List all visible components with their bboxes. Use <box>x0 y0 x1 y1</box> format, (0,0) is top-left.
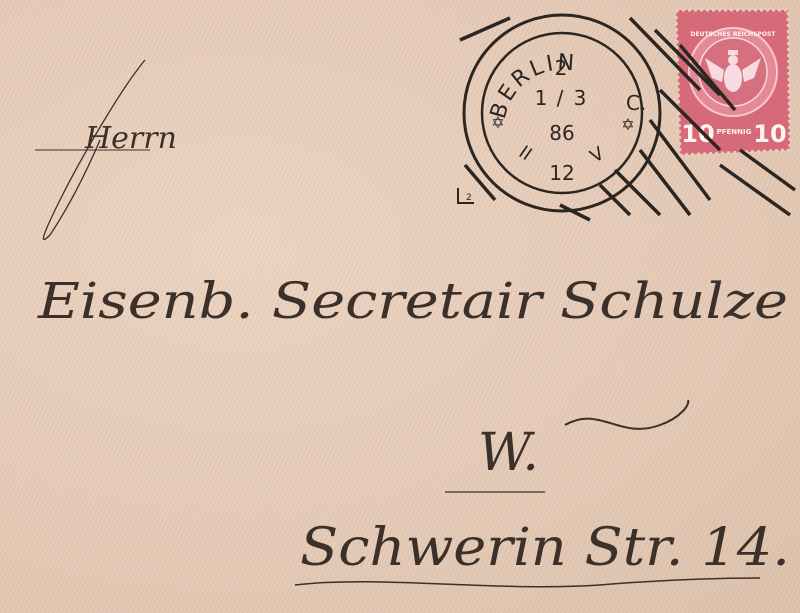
postmark-time-left: II <box>515 142 536 165</box>
postmark-star-left-icon: ✡ <box>491 113 504 132</box>
postmark-office-number: 2 <box>555 56 568 80</box>
stamp-currency: PFENNIG <box>717 128 752 136</box>
handwritten-address: Herrn Eisenb. Secretair Schulze W. Schwe… <box>35 60 790 587</box>
postmark-date-separator: / <box>557 86 564 110</box>
envelope: DEUTSCHES REICHSPOST 10 10 PFENNIG <box>0 0 800 613</box>
cancel-box-mark: 2 <box>466 193 472 203</box>
recipient-line: Eisenb. Secretair Schulze <box>37 272 788 330</box>
postmark-district: C. <box>626 91 646 115</box>
street-underline <box>295 578 760 587</box>
postmark-month: 3 <box>574 86 587 110</box>
district-line: W. <box>478 423 539 483</box>
street-line: Schwerin Str. 14. <box>300 518 790 578</box>
postmark-year: 86 <box>549 121 574 145</box>
postmark-time-right: V <box>587 143 609 168</box>
postmark-star-right-icon: ✡ <box>621 115 634 134</box>
postmark-hour: 12 <box>549 161 574 185</box>
stamp-denomination-left: 10 <box>681 120 714 148</box>
stamp-issuer-text: DEUTSCHES REICHSPOST <box>691 31 777 38</box>
salutation: Herrn <box>84 121 177 156</box>
envelope-drawing: DEUTSCHES REICHSPOST 10 10 PFENNIG <box>0 0 800 613</box>
postmark-day: 1 <box>535 86 548 110</box>
stamp-denomination-right: 10 <box>753 120 786 148</box>
